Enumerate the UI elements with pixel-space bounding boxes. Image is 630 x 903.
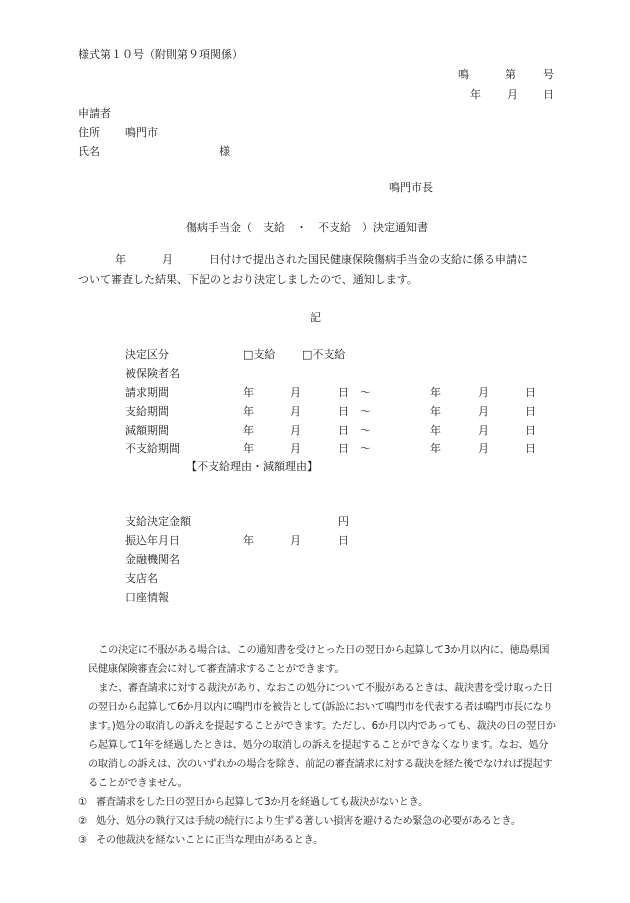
period-tilde: ～	[360, 405, 371, 419]
decision-option-nopay[interactable]: □不支給	[302, 348, 345, 362]
period-label: 不支給期間	[125, 442, 180, 456]
reason-label: 【不支給理由・減額理由】	[186, 460, 318, 474]
period-tilde: ～	[360, 386, 371, 400]
period-end-day: 日	[525, 405, 536, 419]
issue-date-month: 月	[507, 88, 518, 102]
doc-number-prefix: 鳴	[458, 68, 469, 82]
item-number: ②	[78, 812, 96, 831]
amount-label: 支給決定金額	[125, 515, 191, 529]
intro-month: 月	[162, 253, 173, 267]
transfer-year: 年	[243, 534, 254, 548]
item-text: 処分、処分の執行又は手続の続行により生ずる著しい損害を避けるため緊急の必要がある…	[96, 812, 521, 831]
period-end-month: 月	[478, 386, 489, 400]
transfer-day: 日	[338, 534, 349, 548]
address-value: 鳴門市	[125, 126, 158, 140]
notice-item: ② 処分、処分の執行又は手続の続行により生ずる著しい損害を避けるため緊急の必要が…	[78, 812, 558, 831]
issuer: 鳴門市長	[389, 181, 433, 195]
issue-date-year: 年	[470, 88, 481, 102]
form-number: 様式第１０号（附則第９項関係）	[78, 48, 243, 62]
applicant-label: 申請者	[78, 107, 111, 121]
period-start-day: 日	[338, 405, 349, 419]
decision-option-pay[interactable]: □支給	[243, 348, 275, 362]
period-start-month: 月	[290, 424, 301, 438]
item-number: ③	[78, 831, 96, 850]
item-text: 審査請求をした日の翌日から起算して3か月を経過しても裁決がないとき。	[96, 793, 428, 812]
insured-name-label: 被保険者名	[125, 367, 180, 381]
period-start-day: 日	[338, 424, 349, 438]
period-start-day: 日	[338, 442, 349, 456]
period-start-year: 年	[243, 405, 254, 419]
item-number: ①	[78, 793, 96, 812]
period-end-month: 月	[478, 442, 489, 456]
period-end-day: 日	[525, 442, 536, 456]
document-title: 傷病手当金（ 支給 ・ 不支給 ）決定通知書	[186, 221, 428, 235]
ki-heading: 記	[310, 311, 321, 325]
period-start-month: 月	[290, 405, 301, 419]
transfer-month: 月	[290, 534, 301, 548]
branch-label: 支店名	[125, 572, 158, 586]
period-end-year: 年	[430, 405, 441, 419]
doc-number-go: 号	[543, 68, 554, 82]
notice-item: ③ その他裁決を経ないことに正当な理由があるとき。	[78, 831, 558, 850]
period-start-year: 年	[243, 424, 254, 438]
period-end-month: 月	[478, 405, 489, 419]
period-end-month: 月	[478, 424, 489, 438]
period-end-day: 日	[525, 424, 536, 438]
period-tilde: ～	[360, 424, 371, 438]
period-start-day: 日	[338, 386, 349, 400]
period-start-year: 年	[243, 386, 254, 400]
issue-date-day: 日	[543, 88, 554, 102]
notice-item: ① 審査請求をした日の翌日から起算して3か月を経過しても裁決がないとき。	[78, 793, 558, 812]
bank-label: 金融機関名	[125, 553, 180, 567]
notice-paragraph-1: この決定に不服がある場合は、この通知書を受けとった日の翌日から起算して3か月以内…	[88, 641, 558, 679]
intro-line2: ついて審査した結果、下記のとおり決定しましたので、通知します。	[78, 273, 418, 287]
decision-label: 決定区分	[125, 348, 169, 362]
period-label: 支給期間	[125, 405, 169, 419]
doc-number-dai: 第	[505, 68, 516, 82]
intro-year: 年	[115, 253, 126, 267]
period-label: 減額期間	[125, 424, 169, 438]
amount-unit: 円	[338, 515, 349, 529]
period-end-year: 年	[430, 424, 441, 438]
period-tilde: ～	[360, 442, 371, 456]
intro-line1: 日付けで提出された国民健康保険傷病手当金の支給に係る申請に	[209, 253, 528, 267]
appeal-notice: この決定に不服がある場合は、この通知書を受けとった日の翌日から起算して3か月以内…	[88, 641, 558, 850]
period-end-day: 日	[525, 386, 536, 400]
period-label: 請求期間	[125, 386, 169, 400]
period-start-year: 年	[243, 442, 254, 456]
period-end-year: 年	[430, 386, 441, 400]
item-text: その他裁決を経ないことに正当な理由があるとき。	[96, 831, 323, 850]
honorific: 様	[219, 145, 230, 159]
account-label: 口座情報	[125, 591, 169, 605]
notice-paragraph-2: また、審査請求に対する裁決があり、なおこの処分について不服があるときは、裁決書を…	[88, 679, 558, 793]
transfer-date-label: 振込年月日	[125, 534, 180, 548]
period-start-month: 月	[290, 386, 301, 400]
period-end-year: 年	[430, 442, 441, 456]
period-start-month: 月	[290, 442, 301, 456]
address-label: 住所	[78, 126, 100, 140]
name-label: 氏名	[78, 145, 100, 159]
